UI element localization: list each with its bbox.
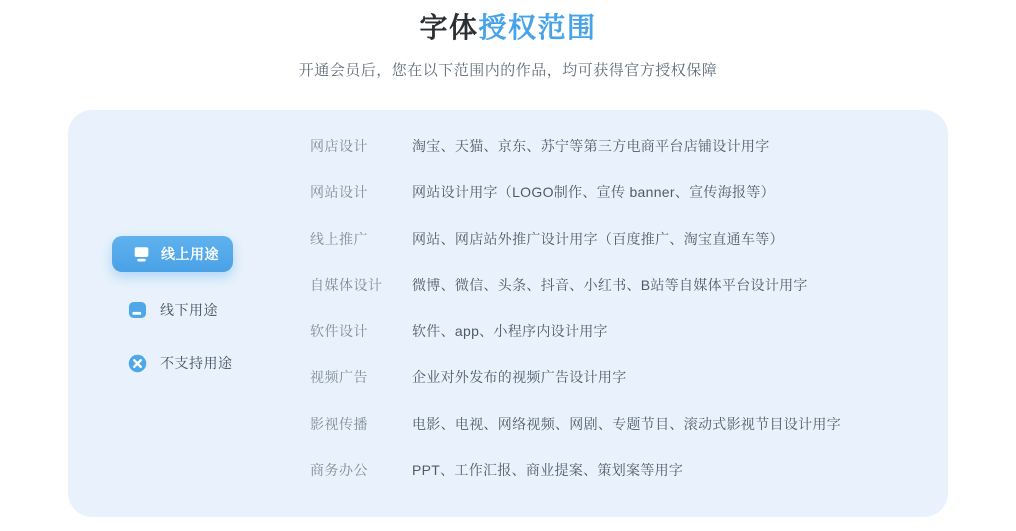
tab-unsupported-use-label: 不支持用途 bbox=[160, 353, 233, 373]
usage-category: 影视传播 bbox=[310, 414, 412, 434]
page-title-prefix: 字体 bbox=[419, 12, 478, 43]
usage-row-online-store-design: 网店设计 淘宝、天猫、京东、苏宁等第三方电商平台店铺设计用字 bbox=[310, 136, 930, 156]
usage-category: 网站设计 bbox=[310, 182, 412, 202]
usage-category: 自媒体设计 bbox=[310, 275, 412, 295]
usage-description: 软件、app、小程序内设计用字 bbox=[412, 321, 608, 341]
tab-online-use-label: 线上用途 bbox=[161, 244, 219, 264]
document-icon bbox=[128, 301, 147, 319]
page-title-highlight: 授权范围 bbox=[479, 12, 597, 43]
usage-list: 网店设计 淘宝、天猫、京东、苏宁等第三方电商平台店铺设计用字 网站设计 网站设计… bbox=[310, 136, 930, 506]
usage-row-film-tv: 影视传播 电影、电视、网络视频、网剧、专题节目、滚动式影视节目设计用字 bbox=[310, 414, 930, 434]
tab-offline-use-label: 线下用途 bbox=[160, 300, 218, 320]
usage-category: 视频广告 bbox=[310, 367, 412, 387]
page-title: 字体授权范围 bbox=[0, 6, 1016, 46]
usage-description: 淘宝、天猫、京东、苏宁等第三方电商平台店铺设计用字 bbox=[412, 136, 770, 156]
usage-description: 网站、网店站外推广设计用字（百度推广、淘宝直通车等） bbox=[412, 229, 784, 249]
usage-row-website-design: 网站设计 网站设计用字（LOGO制作、宣传 banner、宣传海报等） bbox=[310, 182, 930, 202]
x-circle-icon bbox=[128, 354, 147, 373]
usage-category: 线上推广 bbox=[310, 229, 412, 249]
usage-description: 电影、电视、网络视频、网剧、专题节目、滚动式影视节目设计用字 bbox=[412, 414, 841, 434]
usage-category: 商务办公 bbox=[310, 460, 412, 480]
tab-offline-use[interactable]: 线下用途 bbox=[128, 300, 218, 320]
usage-row-software-design: 软件设计 软件、app、小程序内设计用字 bbox=[310, 321, 930, 341]
tab-unsupported-use[interactable]: 不支持用途 bbox=[128, 353, 233, 373]
usage-description: 微博、微信、头条、抖音、小红书、B站等自媒体平台设计用字 bbox=[412, 275, 808, 295]
tab-online-use[interactable]: 线上用途 bbox=[112, 236, 233, 272]
usage-row-business-office: 商务办公 PPT、工作汇报、商业提案、策划案等用字 bbox=[310, 460, 930, 480]
usage-description: 网站设计用字（LOGO制作、宣传 banner、宣传海报等） bbox=[412, 182, 775, 202]
usage-row-social-media-design: 自媒体设计 微博、微信、头条、抖音、小红书、B站等自媒体平台设计用字 bbox=[310, 275, 930, 295]
monitor-icon bbox=[133, 246, 150, 263]
usage-row-online-promotion: 线上推广 网站、网店站外推广设计用字（百度推广、淘宝直通车等） bbox=[310, 229, 930, 249]
usage-category: 软件设计 bbox=[310, 321, 412, 341]
license-scope-panel: 线上用途 线下用途 不支持用途 网店设计 bbox=[68, 110, 948, 517]
font-license-page: 字体授权范围 开通会员后，您在以下范围内的作品，均可获得官方授权保障 线上用途 … bbox=[0, 0, 1016, 531]
usage-category: 网店设计 bbox=[310, 136, 412, 156]
page-subtitle: 开通会员后，您在以下范围内的作品，均可获得官方授权保障 bbox=[0, 59, 1016, 80]
usage-description: PPT、工作汇报、商业提案、策划案等用字 bbox=[412, 460, 683, 480]
usage-description: 企业对外发布的视频广告设计用字 bbox=[412, 367, 627, 387]
usage-row-video-ads: 视频广告 企业对外发布的视频广告设计用字 bbox=[310, 367, 930, 387]
